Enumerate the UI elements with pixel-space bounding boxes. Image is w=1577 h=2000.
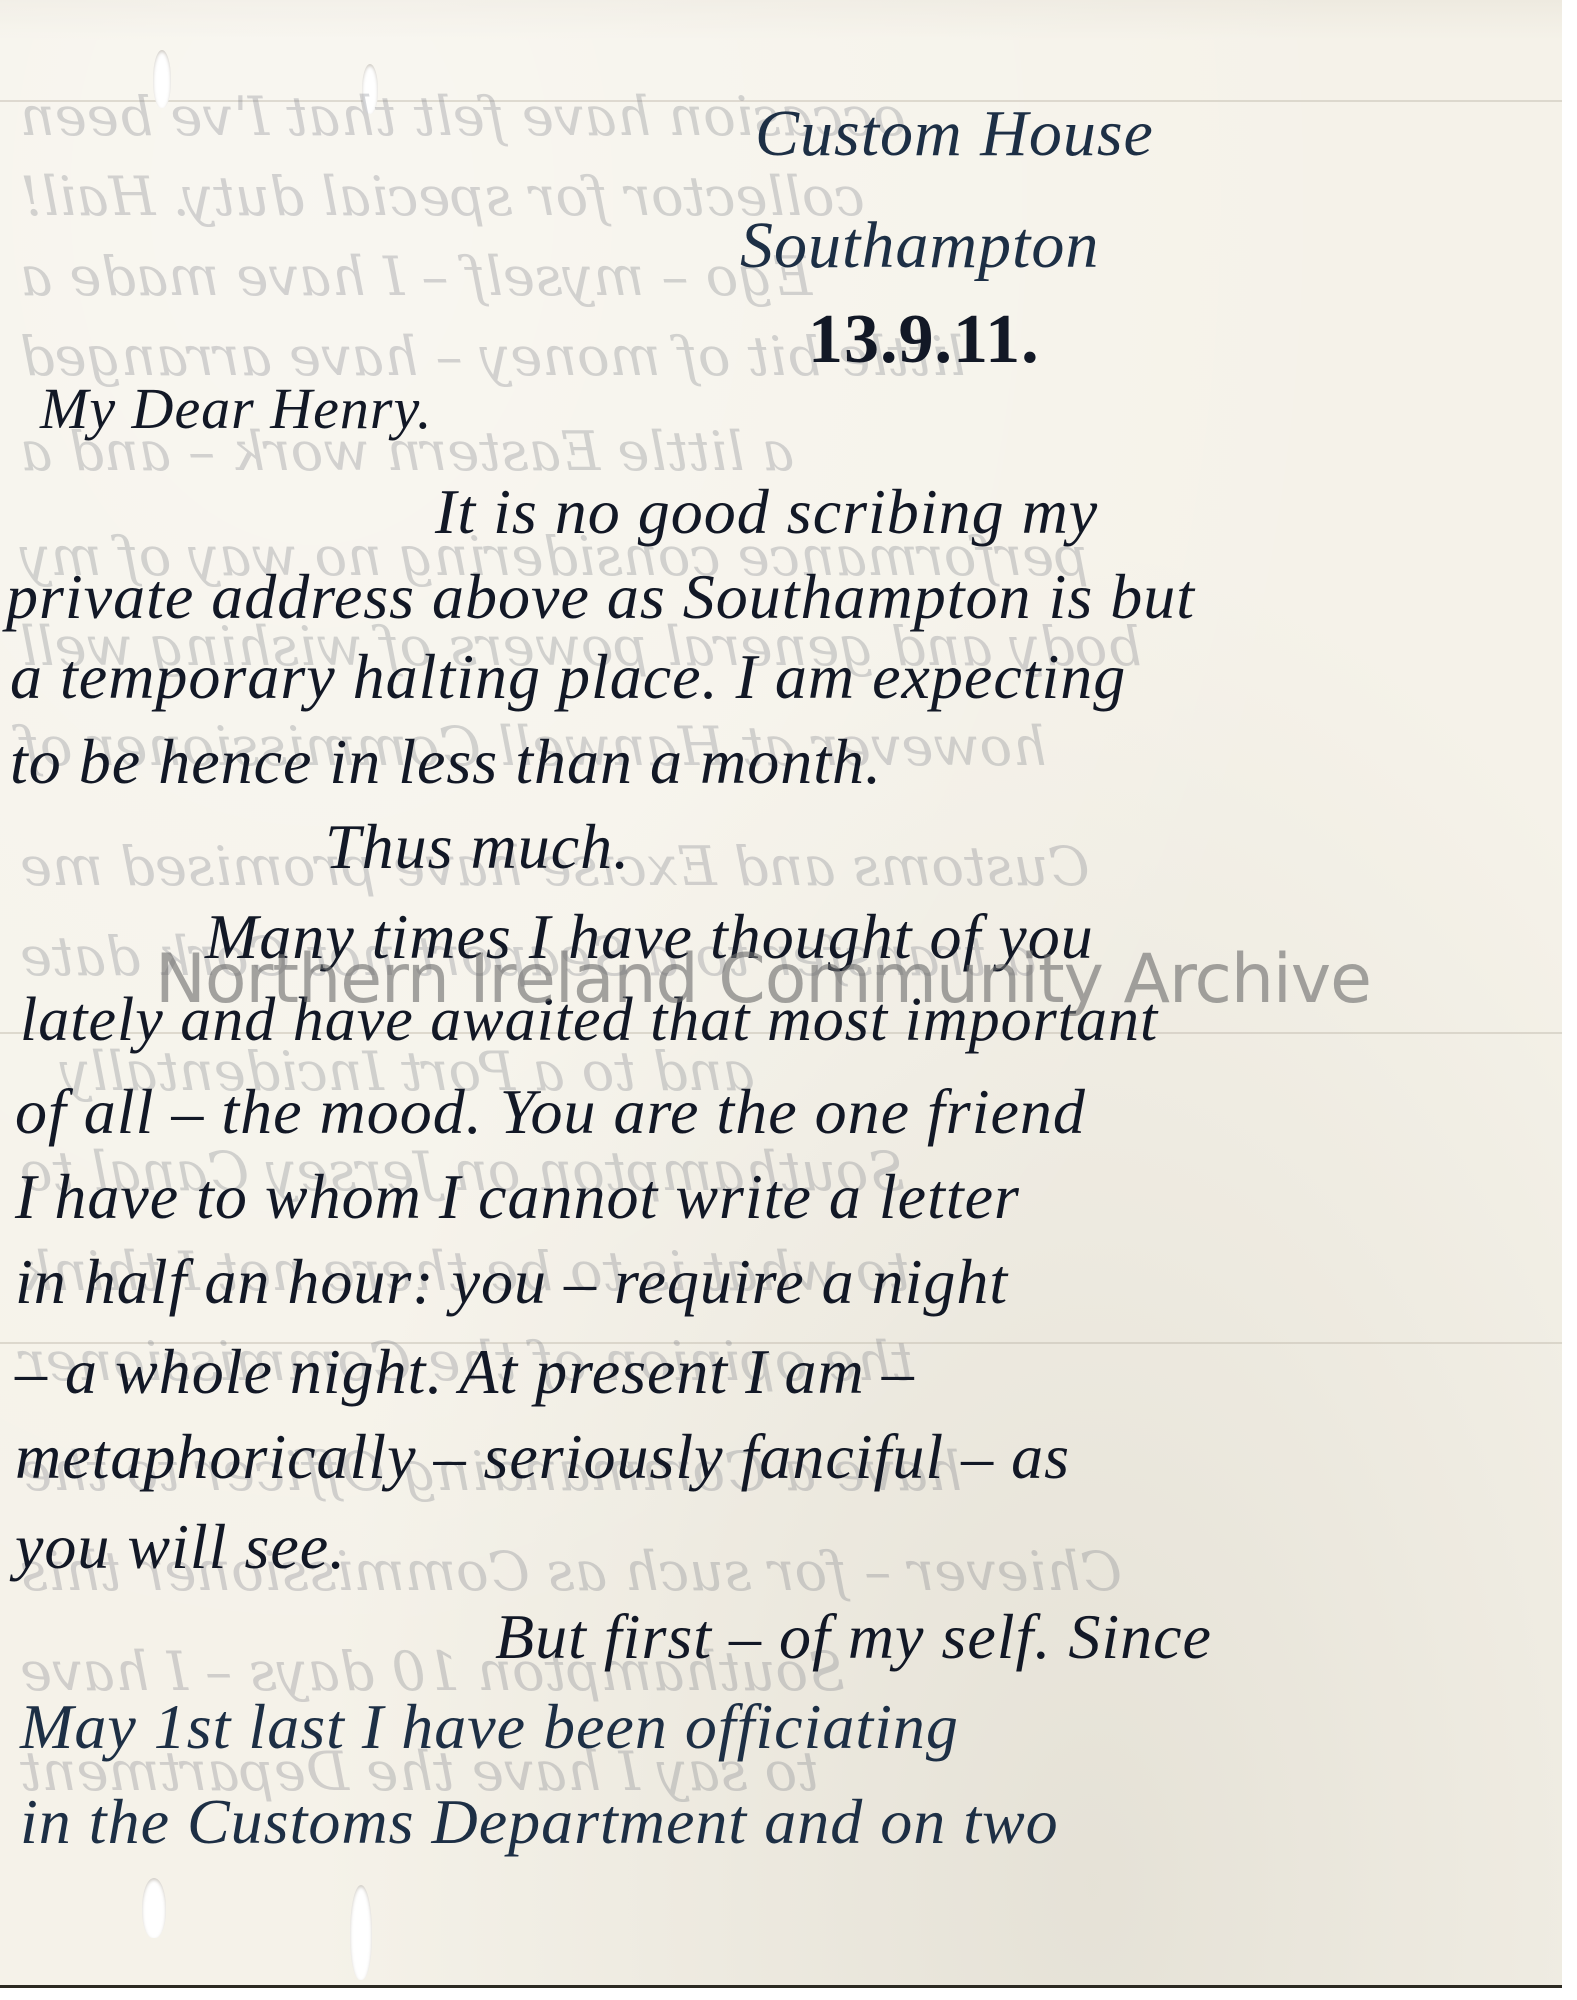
address-line-2: Southampton — [740, 208, 1099, 284]
body-line: It is no good scribing my — [435, 475, 1098, 549]
body-line: a temporary halting place. I am expectin… — [10, 640, 1126, 714]
body-line: Thus much. — [325, 810, 630, 884]
body-line: May 1st last I have been officiating — [20, 1690, 959, 1764]
body-line: you will see. — [15, 1510, 346, 1584]
body-line: of all – the mood. You are the one frien… — [15, 1075, 1086, 1149]
salutation: My Dear Henry. — [40, 375, 433, 442]
body-line: – a whole night. At present I am – — [15, 1335, 915, 1409]
archive-watermark: Northern Ireland Community Archive — [155, 940, 1371, 1019]
address-line-1: Custom House — [755, 96, 1154, 172]
letter-page: occasion have felt that I've been collec… — [0, 0, 1562, 1988]
punch-hole — [142, 1878, 166, 1938]
letter-date: 13.9.11. — [808, 300, 1040, 380]
body-line: metaphorically – seriously fanciful – as — [15, 1420, 1070, 1494]
body-line: I have to whom I cannot write a letter — [15, 1160, 1020, 1234]
body-line: in half an hour: you – require a night — [15, 1245, 1008, 1319]
body-line: private address above as Southampton is … — [6, 560, 1195, 634]
body-line: But first – of my self. Since — [495, 1600, 1212, 1674]
body-line: in the Customs Department and on two — [20, 1785, 1059, 1859]
body-line: to be hence in less than a month. — [10, 725, 882, 799]
punch-hole — [350, 1885, 372, 1980]
